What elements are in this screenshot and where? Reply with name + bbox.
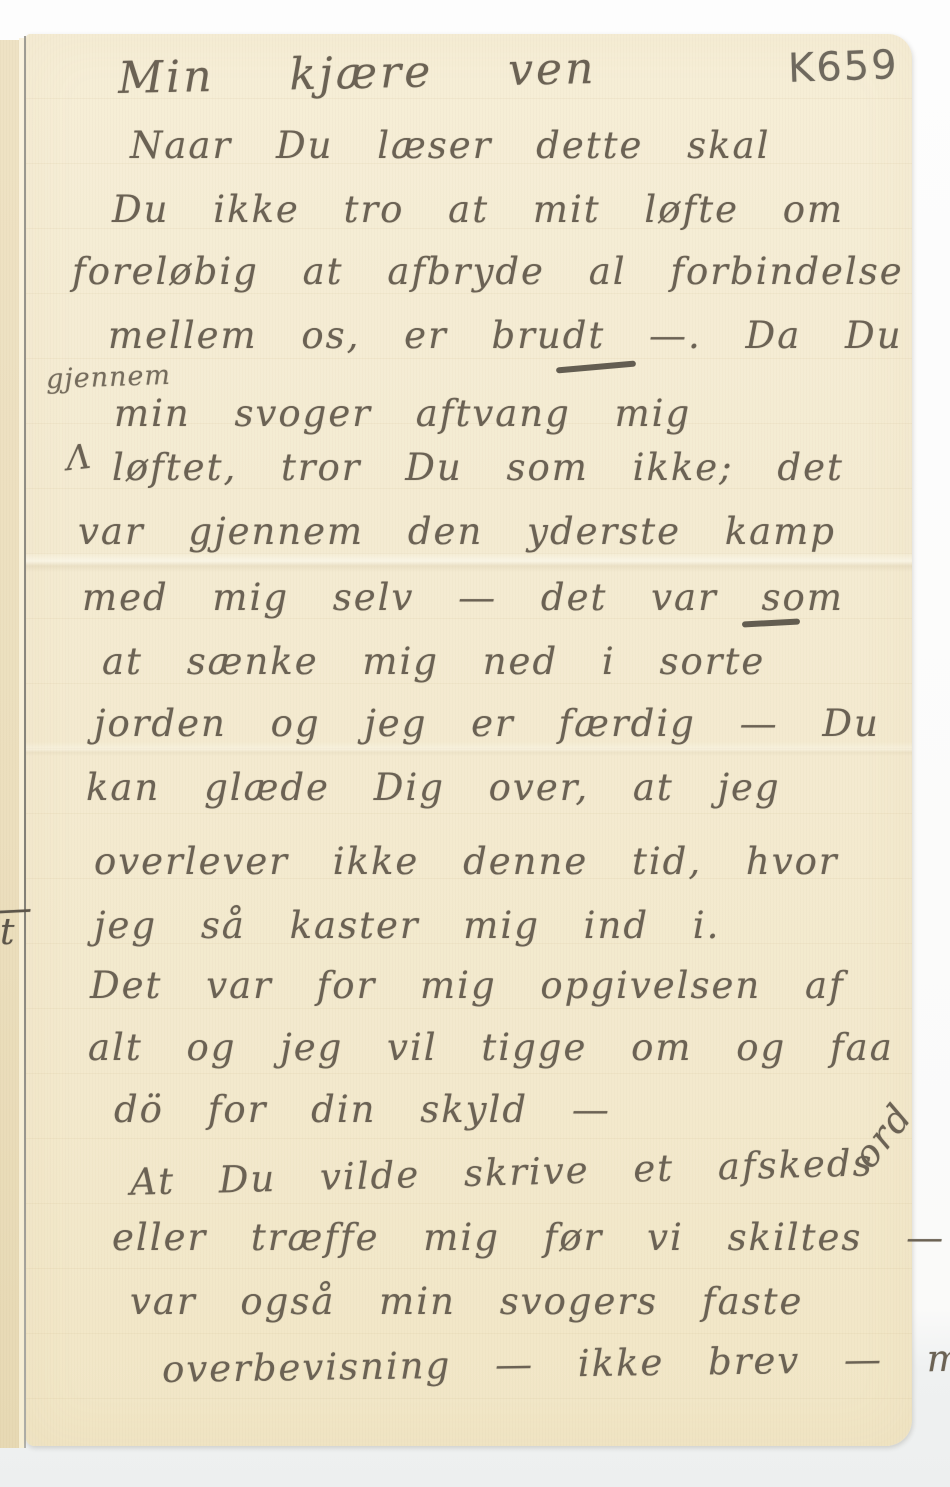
insertion-note: gjennem — [45, 360, 171, 395]
horizontal-fold-crease — [26, 552, 912, 572]
letter-line-14: Det var for mig opgivelsen af — [90, 964, 845, 1007]
letter-line-10: jorden og jeg er færdig — Du — [94, 702, 880, 745]
letter-line-15: alt og jeg vil tigge om og faa — [88, 1026, 894, 1069]
letter-line-8: med mig selv — det var som — [82, 576, 844, 619]
salutation-line: Min kjære ven — [118, 43, 597, 104]
letter-line-18: eller træffe mig før vi skiltes — — [112, 1216, 945, 1259]
insertion-caret: Λ — [64, 437, 93, 479]
margin-mark-letter: t — [0, 912, 14, 953]
letter-line-19: var også min svogers faste — [130, 1280, 803, 1323]
letter-line-16: dö for din skyld — — [114, 1088, 611, 1131]
letter-line-4: mellem os, er brudt —. Da Du — [108, 314, 903, 357]
letter-line-13: jeg så kaster mig ind i. — [94, 904, 720, 947]
letter-line-6: løftet, tror Du som ikke; det — [112, 446, 844, 489]
letter-line-12: overlever ikke denne tid, hvor — [94, 840, 839, 883]
folded-page-edge — [0, 40, 20, 1448]
letter-line-1: Naar Du læser dette skal — [130, 124, 770, 167]
letter-line-11: kan glæde Dig over, at jeg — [86, 766, 781, 809]
letter-line-3: foreløbig at afbryde al forbindelse — [72, 250, 904, 293]
letter-line-5: min svoger aftvang mig — [114, 392, 691, 435]
letter-line-2: Du ikke tro at mit løfte om — [112, 188, 844, 231]
letter-line-7: var gjennem den yderste kamp — [78, 510, 836, 553]
letter-line-9: at sænke mig ned i sorte — [102, 640, 765, 683]
catalog-number: K659 — [787, 42, 899, 92]
